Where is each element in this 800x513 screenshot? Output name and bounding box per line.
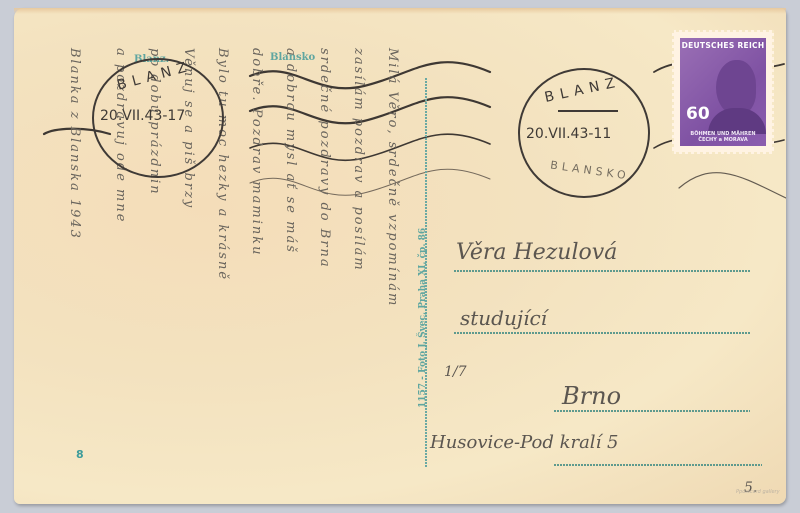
postmark-left-date: 20.VII.43-17 <box>100 108 185 124</box>
stamp-country-cz: ČECHY a MORAVA <box>680 137 766 143</box>
place-name-czech: Blansko <box>270 52 315 63</box>
message-line: Milá Věro, srdečně vzpomínám <box>385 48 400 307</box>
address-line-3 <box>554 410 750 412</box>
address-line-1 <box>454 270 750 272</box>
stamp-portrait-icon <box>716 60 756 115</box>
message-line: Bylo tu moc hezky a krásně <box>215 48 230 281</box>
postage-stamp: DEUTSCHES REICH 60 BÖHMEN UND MÄHREN ČEC… <box>672 30 774 154</box>
watermark: Ppostcard gallery <box>736 489 780 495</box>
address-line-2 <box>454 332 750 334</box>
postmark-left-town: BLANZ <box>115 58 194 93</box>
stamp-title: DEUTSCHES REICH <box>680 41 766 50</box>
postmark-bar <box>558 110 618 112</box>
address-title: studující <box>460 306 547 330</box>
message-line: Blanka z Blanska 1943 <box>67 48 82 240</box>
page-number: 8 <box>76 448 84 461</box>
postmark-right-town: BLANZ <box>543 74 622 106</box>
postcard: Milá Věro, srdečně vzpomínám zasílám poz… <box>14 8 786 504</box>
address-name: Věra Hezulová <box>456 240 617 265</box>
address-city: Brno <box>562 382 621 410</box>
message-line: dobře. Pozdrav maminku <box>249 48 264 257</box>
message-line: srdečné pozdravy do Brna <box>317 48 332 269</box>
address-street: Husovice-Pod kralí 5 <box>430 432 619 453</box>
address-note: 1/7 <box>444 364 467 380</box>
address-line-4 <box>554 464 762 466</box>
stamp-value: 60 <box>686 104 710 124</box>
message-line: a dobrou mysl ať se máš <box>283 48 298 254</box>
message-line: zasílám pozdrav a posílám <box>351 48 366 272</box>
stamp-country: BÖHMEN UND MÄHREN ČECHY a MORAVA <box>680 131 766 143</box>
stamp-image: DEUTSCHES REICH 60 BÖHMEN UND MÄHREN ČEC… <box>680 38 766 146</box>
postmark-left: BLANZ 20.VII.43-17 <box>92 58 224 178</box>
postmark-right-town-bottom: BLANSKO <box>549 159 630 183</box>
postmark-right-date: 20.VII.43-11 <box>526 126 611 142</box>
publisher-imprint: 1157 - Foto J. Švec, Praha XI, čp. 86 <box>418 178 428 408</box>
postmark-right: BLANZ 20.VII.43-11 BLANSKO <box>518 68 650 198</box>
